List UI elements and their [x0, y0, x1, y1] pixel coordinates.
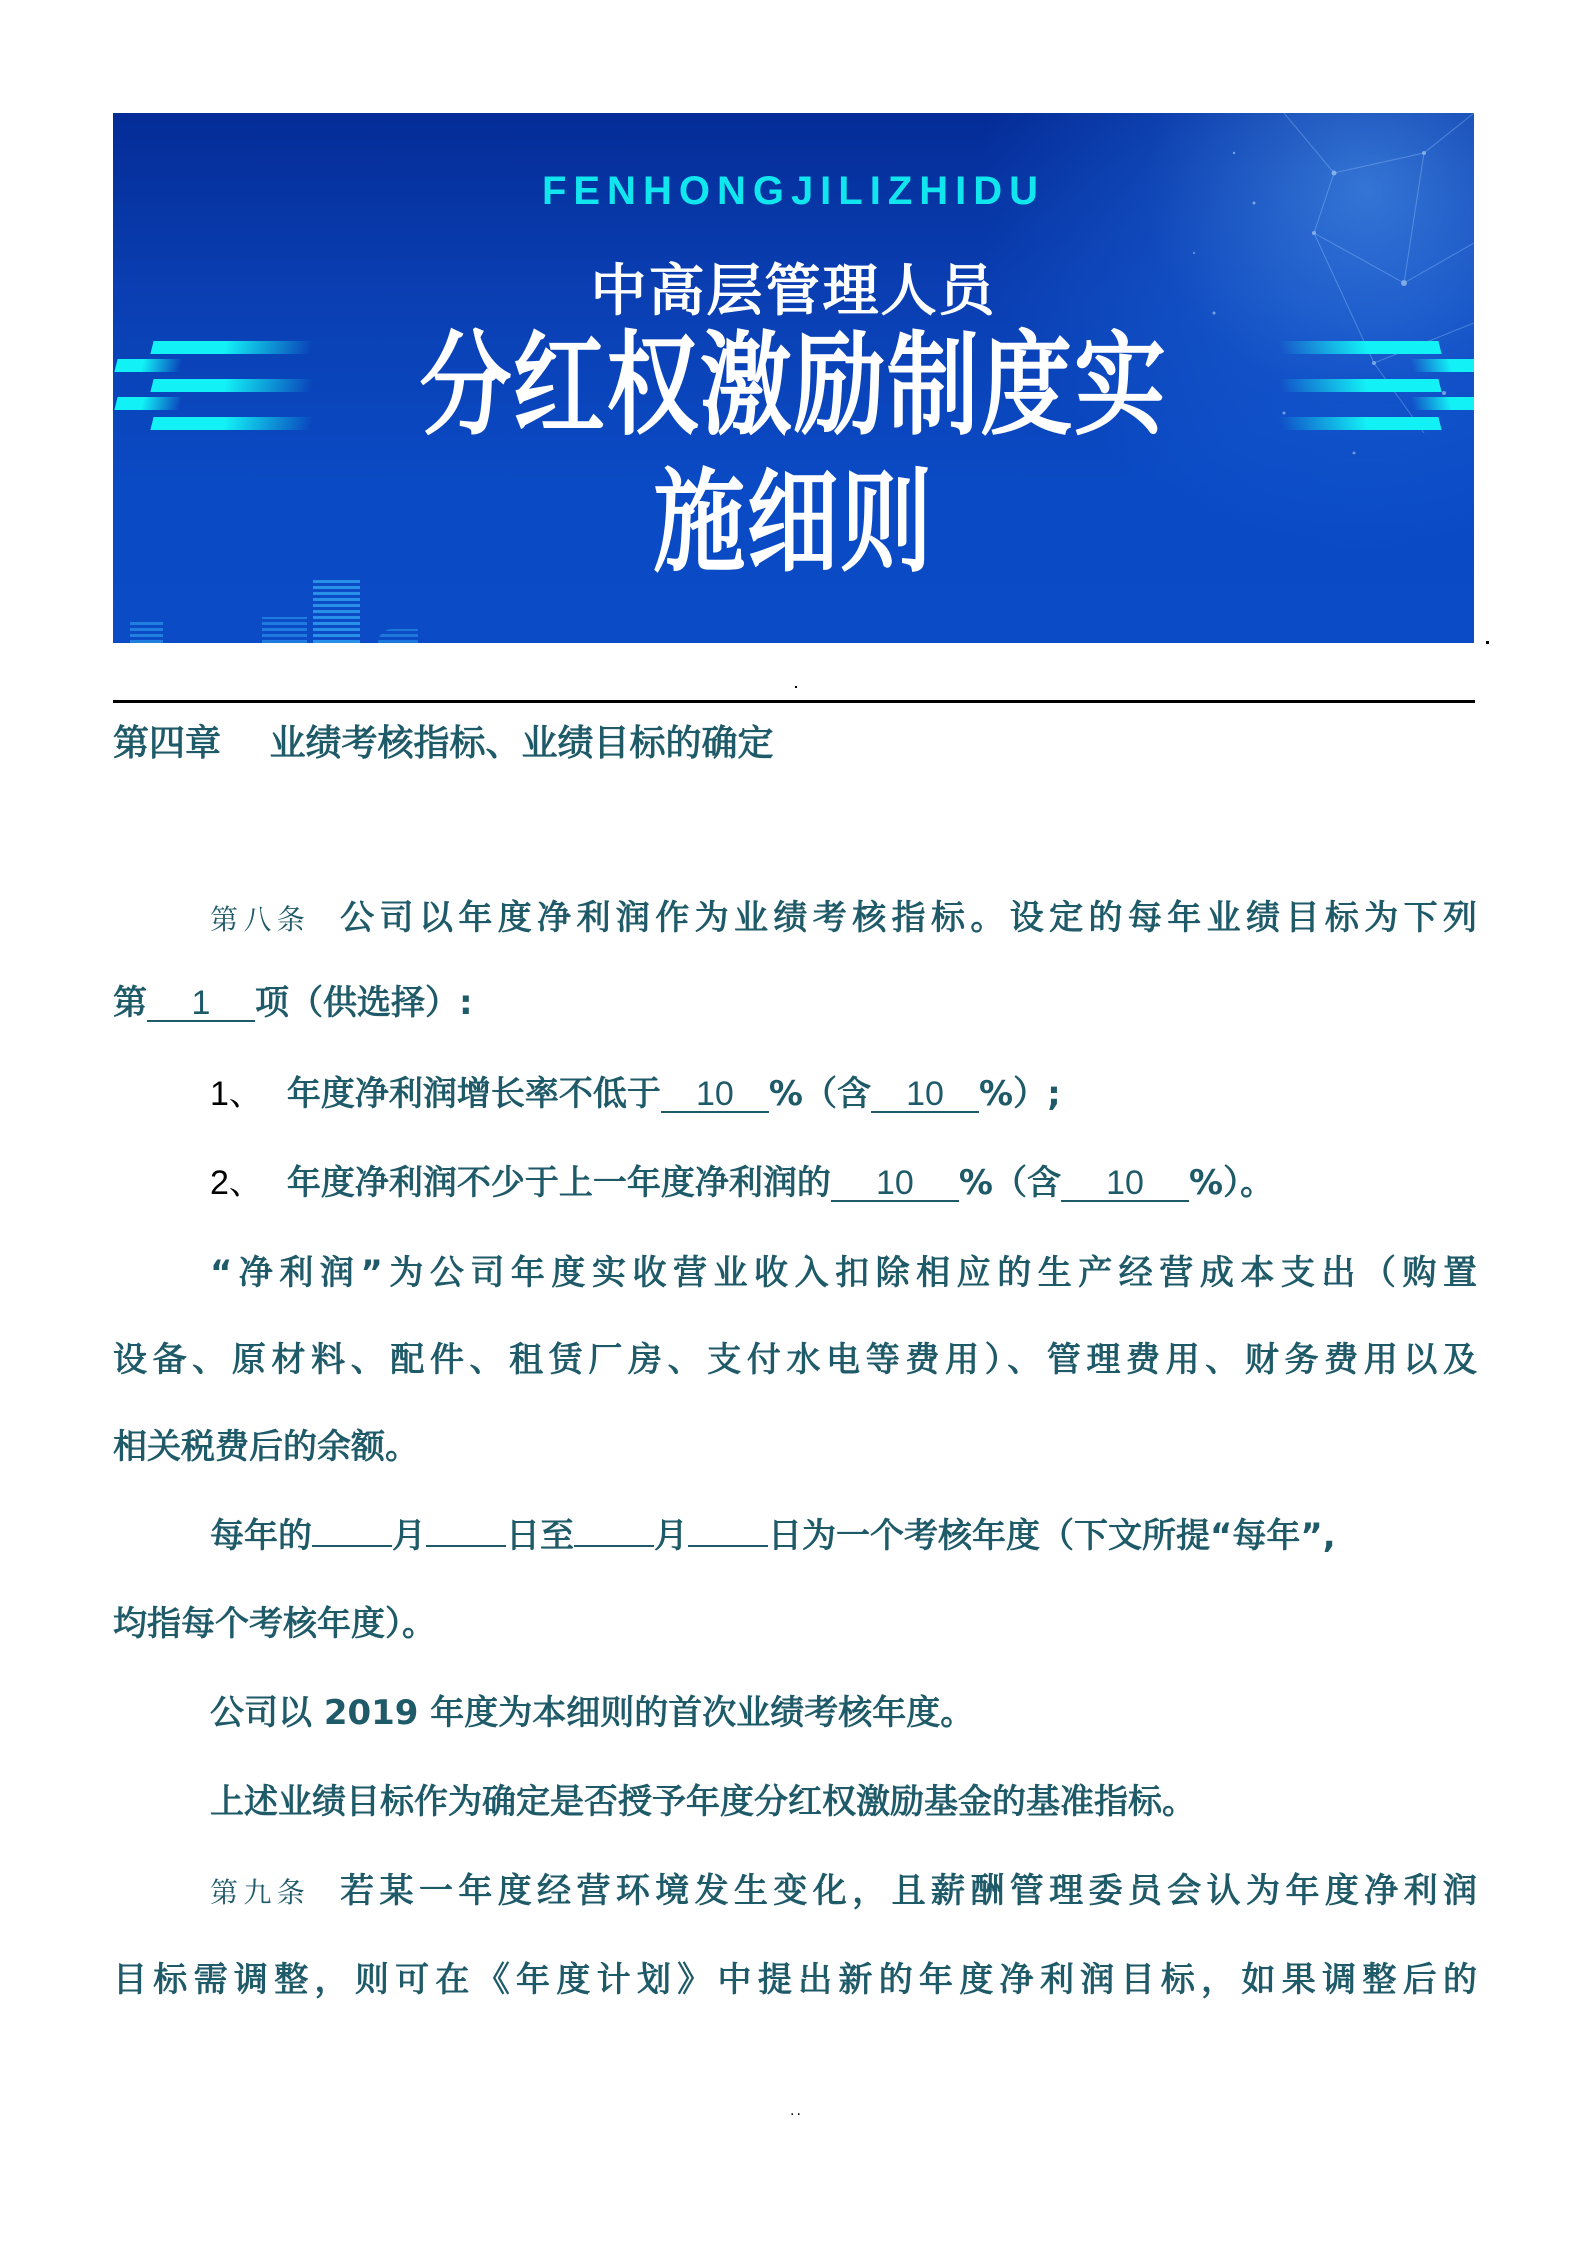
skyline-building-icon — [262, 617, 307, 643]
article-label: 第八条 — [210, 903, 310, 936]
stray-mark — [1486, 641, 1489, 644]
end-month-field[interactable] — [574, 1545, 654, 1547]
net-profit-def-line2: 设备、原材料、配件、租赁厂房、支付水电等费用）、管理费用、财务费用以及 — [113, 1340, 1477, 1380]
decor-bar-icon — [1410, 397, 1474, 410]
option-mid: %（含 — [959, 1163, 1061, 1203]
option-text: 年度净利润不少于上一年度净利润的 — [287, 1163, 831, 1203]
horizontal-rule — [113, 700, 1475, 703]
growth-rate-field[interactable]: 10 — [661, 1077, 769, 1113]
benchmark-statement: 上述业绩目标作为确定是否授予年度分红权激励基金的基准指标。 — [113, 1782, 1477, 1822]
text-suffix: 项（供选择）: — [255, 983, 473, 1023]
period-suffix: 日为一个考核年度（下文所提“每年”, — [768, 1516, 1336, 1556]
skyline-building-icon — [130, 619, 163, 643]
option-number: 1、 — [210, 1075, 263, 1113]
period-prefix: 每年的 — [210, 1516, 312, 1556]
decor-bar-icon — [1278, 341, 1441, 354]
article-9-line2: 目标需调整，则可在《年度计划》中提出新的年度净利润目标，如果调整后的 — [113, 1960, 1477, 2000]
decor-bar-icon — [114, 397, 182, 410]
assessment-period-line2: 均指每个考核年度）。 — [113, 1604, 1477, 1644]
text-prefix: 第 — [113, 983, 147, 1023]
banner-subtitle: 中高层管理人员 — [113, 247, 1474, 327]
article-8-line1: 第八条公司以年度净利润作为业绩考核指标。设定的每年业绩目标为下列 — [113, 898, 1477, 940]
decor-bar-icon — [150, 417, 313, 430]
net-profit-def-line3: 相关税费后的余额。 — [113, 1427, 1477, 1467]
article-9-line1: 第九条若某一年度经营环境发生变化，且薪酬管理委员会认为年度净利润 — [113, 1871, 1477, 1913]
article-text: 公司以年度净利润作为业绩考核指标。设定的每年业绩目标为下列 — [340, 898, 1477, 938]
page-marker: .. — [790, 2103, 803, 2119]
chapter-heading: 第四章 业绩考核指标、业绩目标的确定 — [113, 724, 1477, 764]
option-mid: %（含 — [769, 1074, 871, 1114]
option-end: %）。 — [1189, 1163, 1274, 1203]
decor-bar-icon — [150, 341, 313, 354]
option-text: 年度净利润增长率不低于 — [287, 1074, 661, 1114]
banner-pinyin: FENHONGJILIZHIDU — [113, 169, 1474, 214]
profit-ratio-incl-field[interactable]: 10 — [1061, 1166, 1189, 1202]
option-2: 2、年度净利润不少于上一年度净利润的10%（含10%）。 — [113, 1163, 1477, 1203]
skyline-building-icon — [313, 577, 360, 643]
option-number: 2、 — [210, 1164, 263, 1202]
net-profit-def-line1: “净利润”为公司年度实收营业收入扣除相应的生产经营成本支出（购置 — [113, 1253, 1477, 1293]
decor-bar-icon — [114, 359, 182, 372]
day-to-label: 日至 — [506, 1516, 574, 1556]
month-label: 月 — [392, 1516, 426, 1556]
skyline-building-icon — [378, 629, 418, 643]
banner-title-line1: 分红权激励制度实 — [235, 326, 1351, 446]
article-text: 若某一年度经营环境发生变化，且薪酬管理委员会认为年度净利润 — [340, 1871, 1477, 1911]
article-8-line2: 第1项（供选择）: — [113, 983, 1477, 1023]
decor-bar-icon — [1410, 359, 1474, 372]
banner-title-line2: 施细则 — [235, 463, 1351, 583]
end-day-field[interactable] — [688, 1545, 768, 1547]
start-month-field[interactable] — [312, 1545, 392, 1547]
start-day-field[interactable] — [426, 1545, 506, 1547]
decor-bar-icon — [1278, 417, 1441, 430]
article-label: 第九条 — [210, 1876, 310, 1909]
decor-bar-icon — [150, 379, 313, 392]
decor-bar-icon — [1278, 379, 1441, 392]
option-end: %）; — [979, 1074, 1061, 1114]
assessment-period-line1: 每年的月日至月日为一个考核年度（下文所提“每年”, — [113, 1516, 1477, 1556]
profit-ratio-field[interactable]: 10 — [831, 1166, 959, 1202]
first-assessment-year: 公司以 2019 年度为本细则的首次业绩考核年度。 — [113, 1693, 1477, 1733]
title-banner: FENHONGJILIZHIDU 中高层管理人员 分红权激励制度实 施细则 — [113, 113, 1474, 643]
selected-item-field[interactable]: 1 — [147, 986, 255, 1022]
stray-mark — [795, 686, 797, 688]
growth-rate-incl-field[interactable]: 10 — [871, 1077, 979, 1113]
month-label: 月 — [654, 1516, 688, 1556]
option-1: 1、年度净利润增长率不低于10%（含10%）; — [113, 1074, 1477, 1114]
